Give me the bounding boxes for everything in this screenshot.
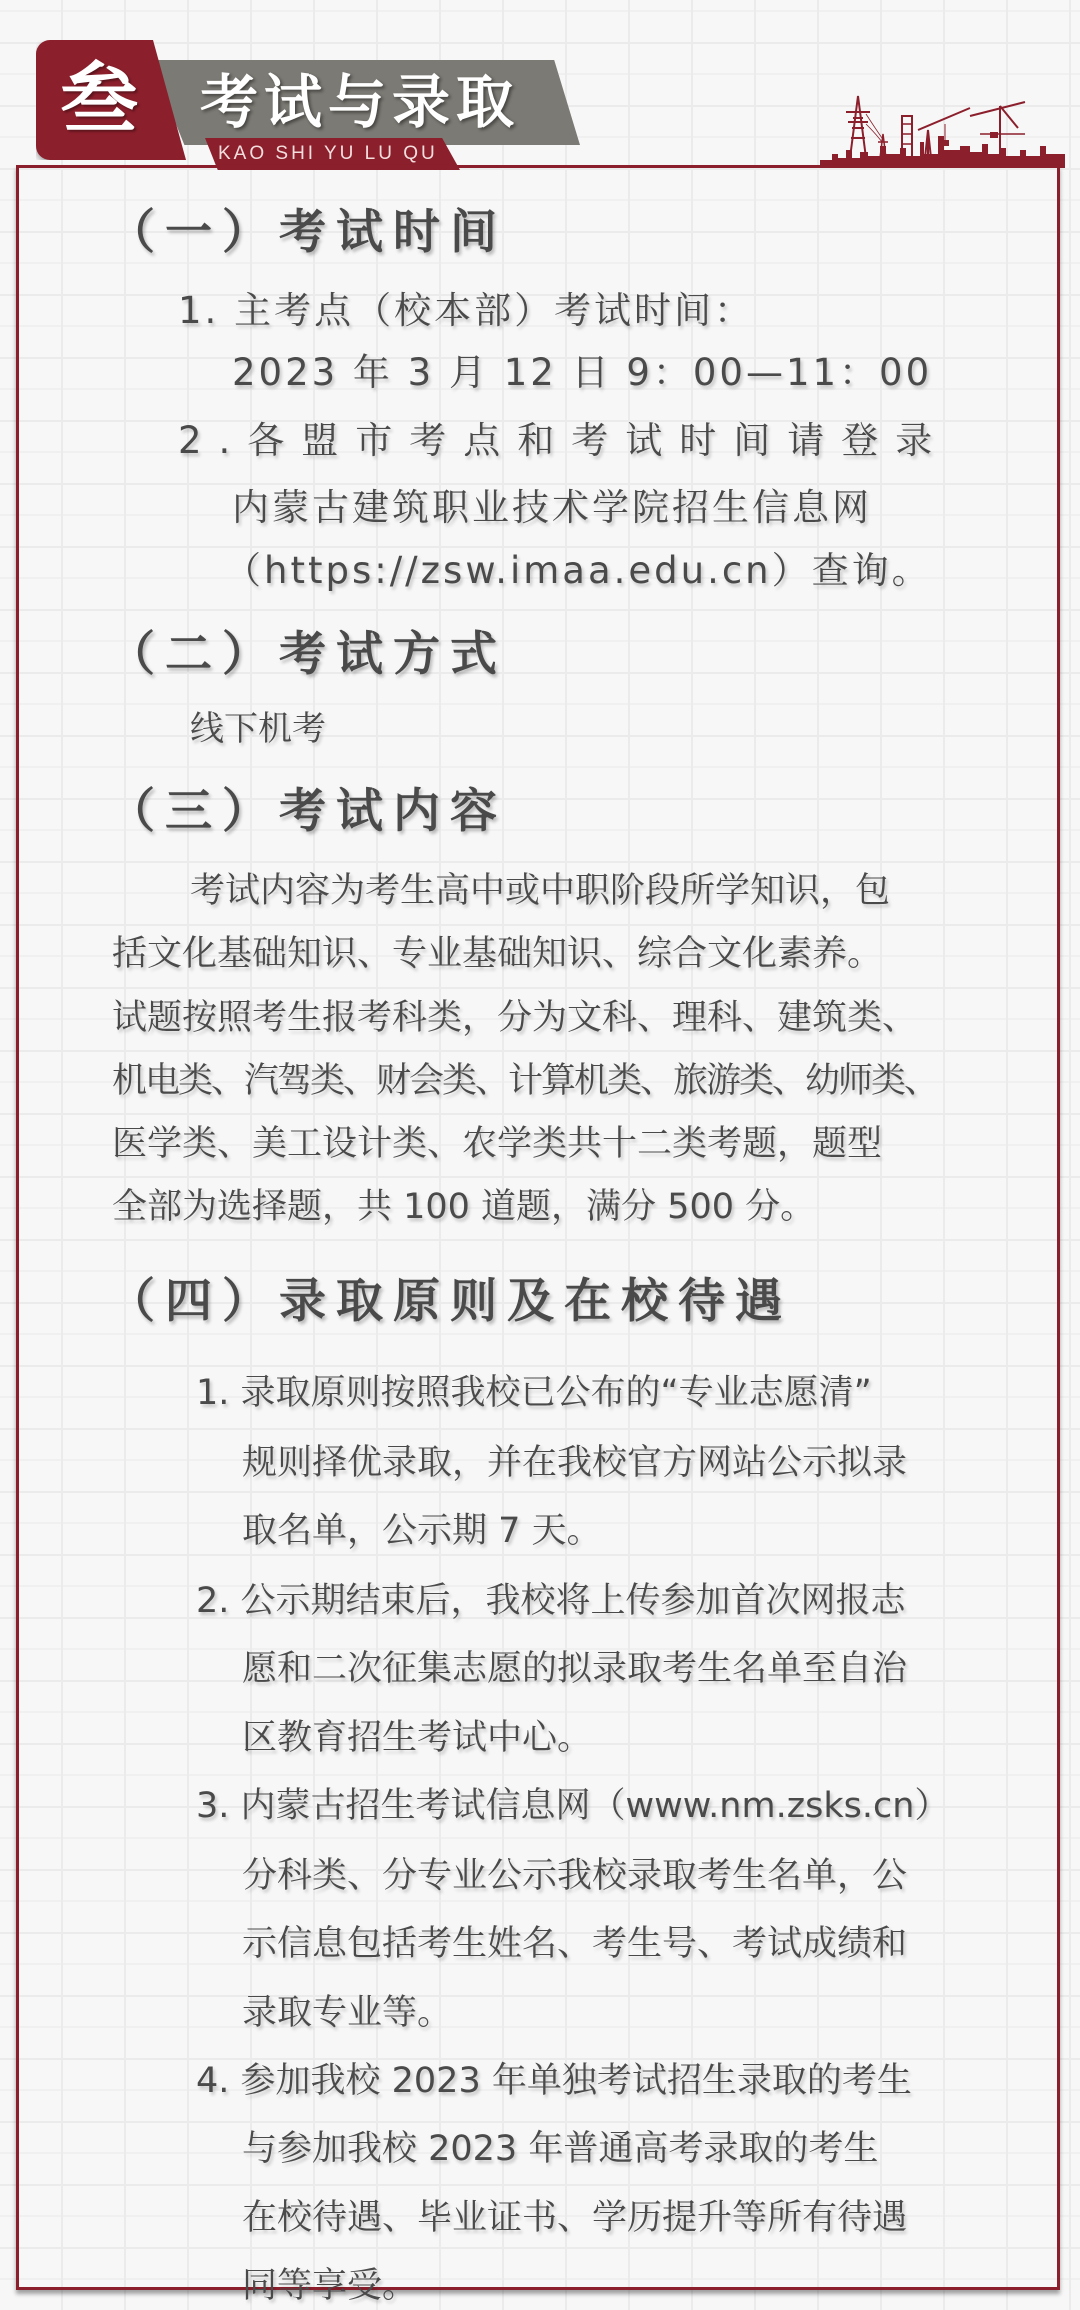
- url-text: （https://zsw.imaa.edu.cn）查询。: [224, 545, 932, 597]
- text-line: 录取专业等。: [242, 1987, 452, 2039]
- section-heading-exam-content: （三）考试内容: [108, 782, 507, 842]
- city-skyline-icon: [820, 88, 1065, 168]
- text-line: 在校待遇、毕业证书、学历提升等所有待遇: [242, 2192, 907, 2244]
- text-line: 考试内容为考生高中或中职阶段所学知识，包: [190, 865, 890, 917]
- text-line: 1. 录取原则按照我校已公布的“专业志愿清”: [196, 1367, 872, 1419]
- text-line: 规则择优录取，并在我校官方网站公示拟录: [242, 1437, 907, 1489]
- text-line: 愿和二次征集志愿的拟录取考生名单至自治: [242, 1643, 907, 1695]
- text-line: 1. 主考点（校本部）考试时间：: [178, 285, 754, 337]
- text-line: 括文化基础知识、专业基础知识、综合文化素养。: [112, 928, 882, 980]
- section-banner: 考试与录取 叁 KAO SHI YU LU QU: [0, 0, 1080, 170]
- section-heading-exam-method: （二）考试方式: [108, 625, 507, 685]
- text-line: 取名单，公示期 7 天。: [242, 1505, 602, 1557]
- text-line: 2023 年 3 月 12 日 9：00—11：00: [232, 347, 932, 399]
- text-line: 线下机考: [190, 703, 326, 755]
- text-line: 内蒙古建筑职业技术学院招生信息网: [232, 482, 872, 534]
- section-heading-exam-time: （一）考试时间: [108, 203, 507, 263]
- text-line: 示信息包括考生姓名、考生号、考试成绩和: [242, 1918, 907, 1970]
- text-line: 区教育招生考试中心。: [242, 1712, 592, 1764]
- text-line: 同等享受。: [242, 2260, 417, 2310]
- text-line: 2.各盟市考点和考试时间请登录: [178, 415, 949, 467]
- text-line: 机电类、汽驾类、财会类、计算机类、旅游类、幼师类、: [112, 1055, 937, 1107]
- text-line: 2. 公示期结束后，我校将上传参加首次网报志: [196, 1575, 906, 1627]
- text-line: 医学类、美工设计类、农学类共十二类考题，题型: [112, 1118, 882, 1170]
- text-line: 与参加我校 2023 年普通高考录取的考生: [242, 2123, 878, 2175]
- text-line: 试题按照考生报考科类，分为文科、理科、建筑类、: [112, 992, 917, 1044]
- text-line: 全部为选择题，共 100 道题，满分 500 分。: [112, 1181, 815, 1233]
- section-title: 考试与录取: [200, 62, 520, 142]
- url-text: 3. 内蒙古招生考试信息网（www.nm.zsks.cn）: [196, 1780, 949, 1832]
- text-line: 分科类、分专业公示我校录取考生名单，公: [242, 1850, 907, 1902]
- section-number-char: 叁: [44, 50, 154, 150]
- text-line: 4. 参加我校 2023 年单独考试招生录取的考生: [196, 2055, 912, 2107]
- section-heading-admission: （四）录取原则及在校待遇: [108, 1272, 792, 1332]
